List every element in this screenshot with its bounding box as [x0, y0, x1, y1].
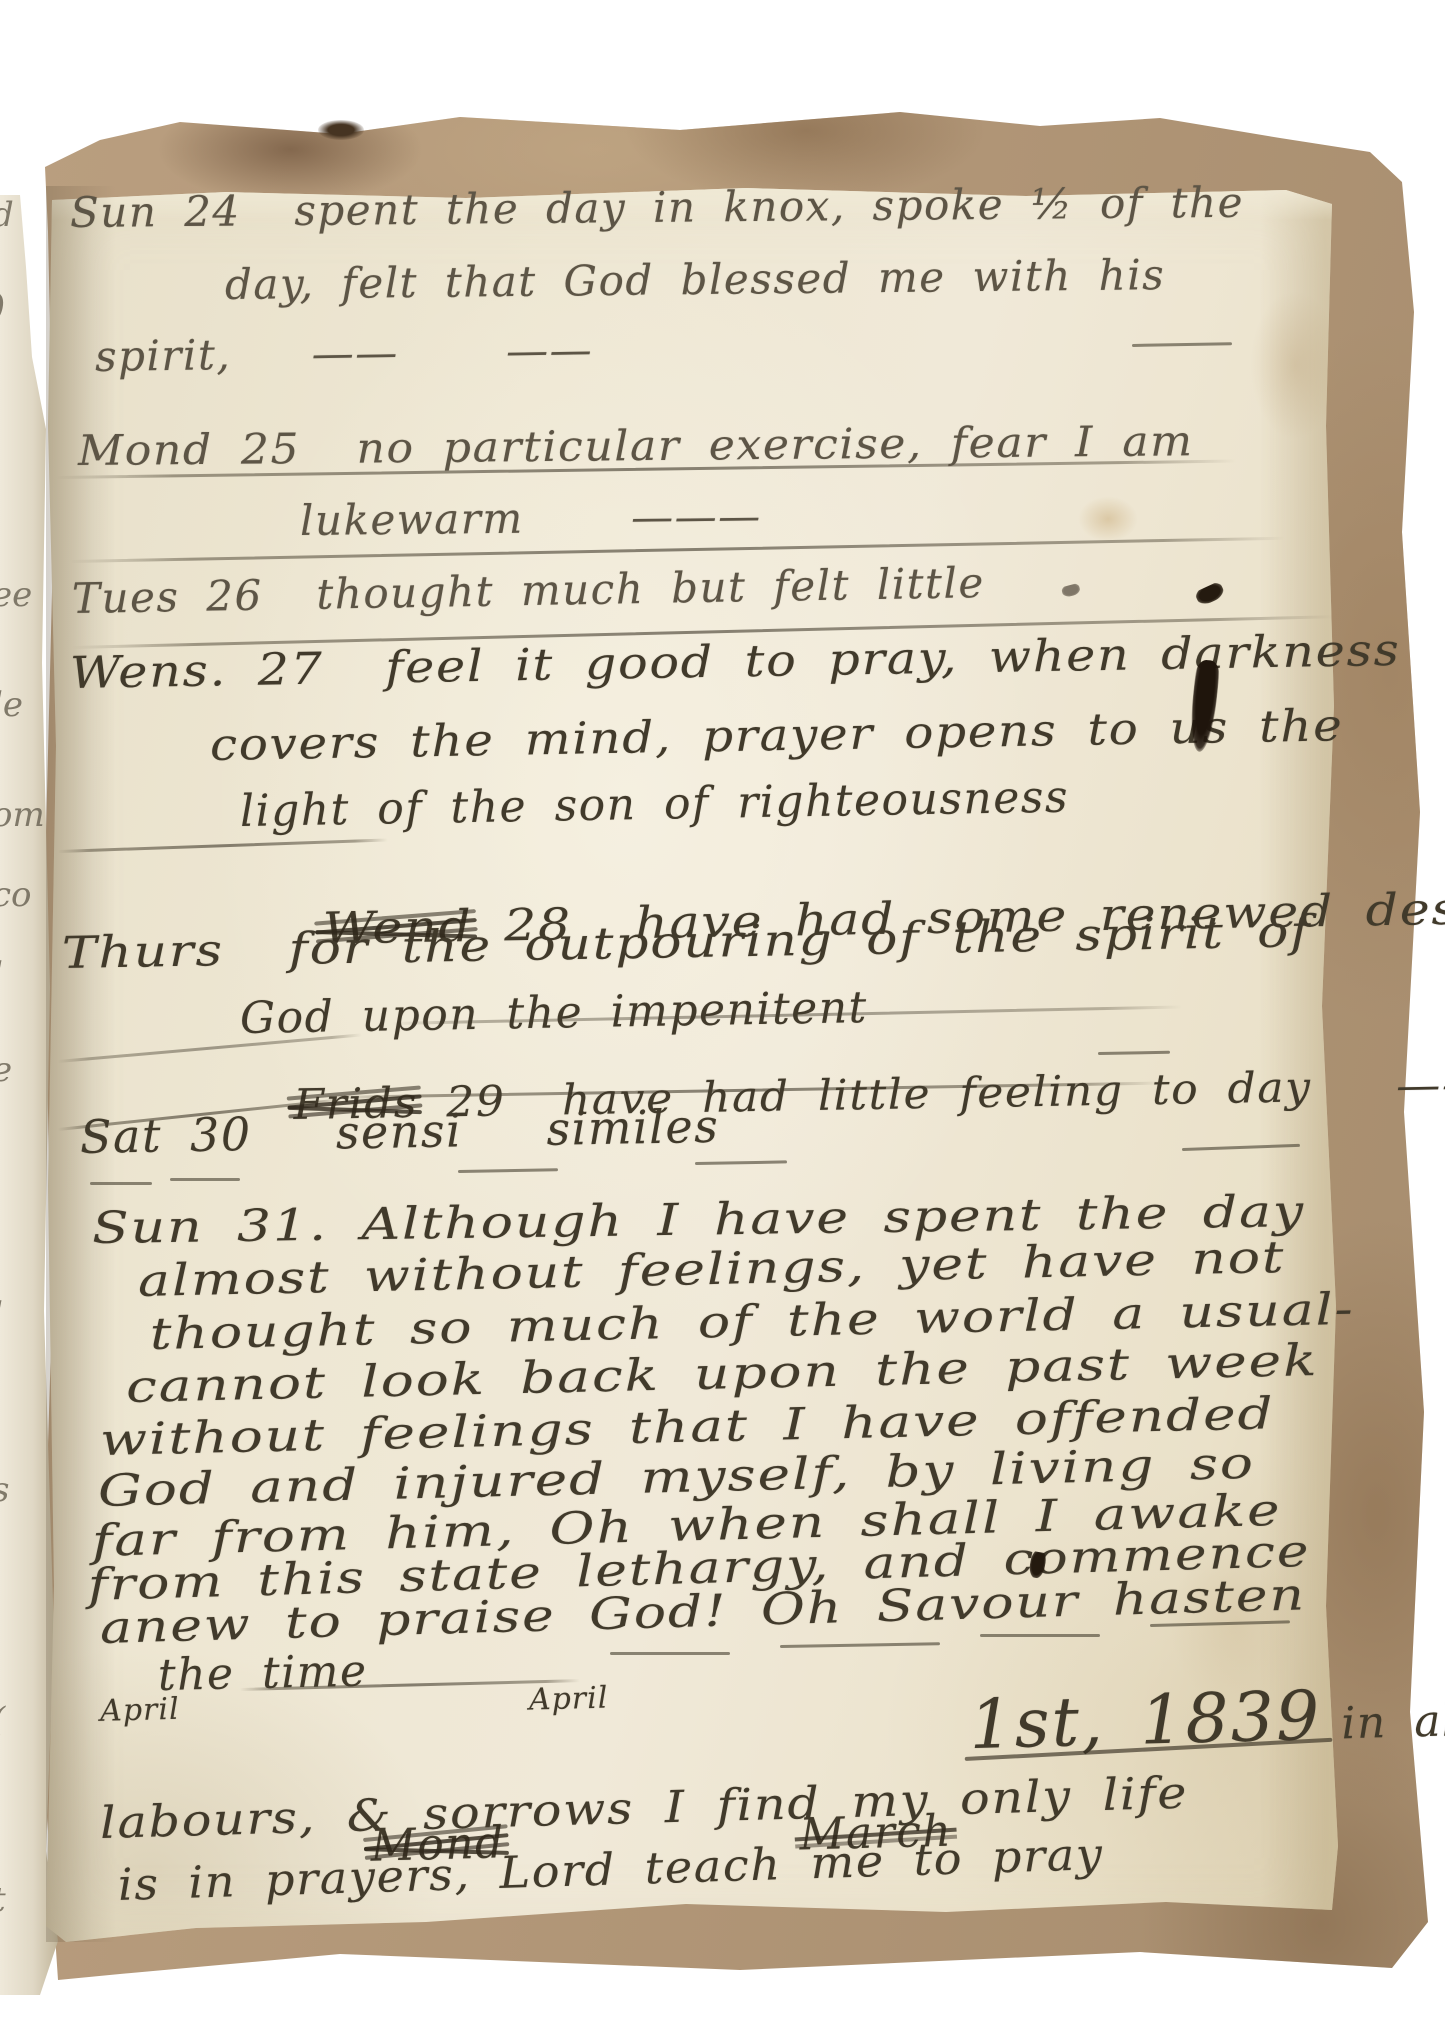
handwritten-line: spirit, —— ——: [95, 327, 594, 380]
handwritten-line: light of the son of righteousness: [240, 774, 1070, 837]
handwritten-line: day, felt that God blessed me with his: [225, 252, 1166, 308]
date-1839: 1st, 1839: [969, 1680, 1323, 1764]
handwritten-line: Sat 30 sensi similes: [80, 1101, 720, 1163]
handwriting-layer: Sun 24 spent the day in knox, spoke ½ of…: [0, 0, 1445, 2023]
inserted-word: April: [100, 1693, 180, 1728]
handwritten-line: the time: [157, 1648, 368, 1701]
inserted-word: April: [529, 1682, 609, 1717]
handwritten-line: Sun 24 spent the day in knox, spoke ½ of…: [70, 180, 1244, 236]
handwritten-line: lukewarm ———: [300, 493, 762, 544]
line-text: in all my trials: [1341, 1690, 1445, 1748]
handwritten-line: Mond 25 no particular exercise, fear I a…: [78, 418, 1194, 474]
diary-page-photo: d ) ee le om co l e l s ( t Sun 24 sp: [0, 0, 1445, 2023]
handwritten-line: Tues 26 thought much but felt little: [72, 560, 986, 622]
handwritten-line: covers the mind, prayer opens to us the: [210, 702, 1344, 770]
